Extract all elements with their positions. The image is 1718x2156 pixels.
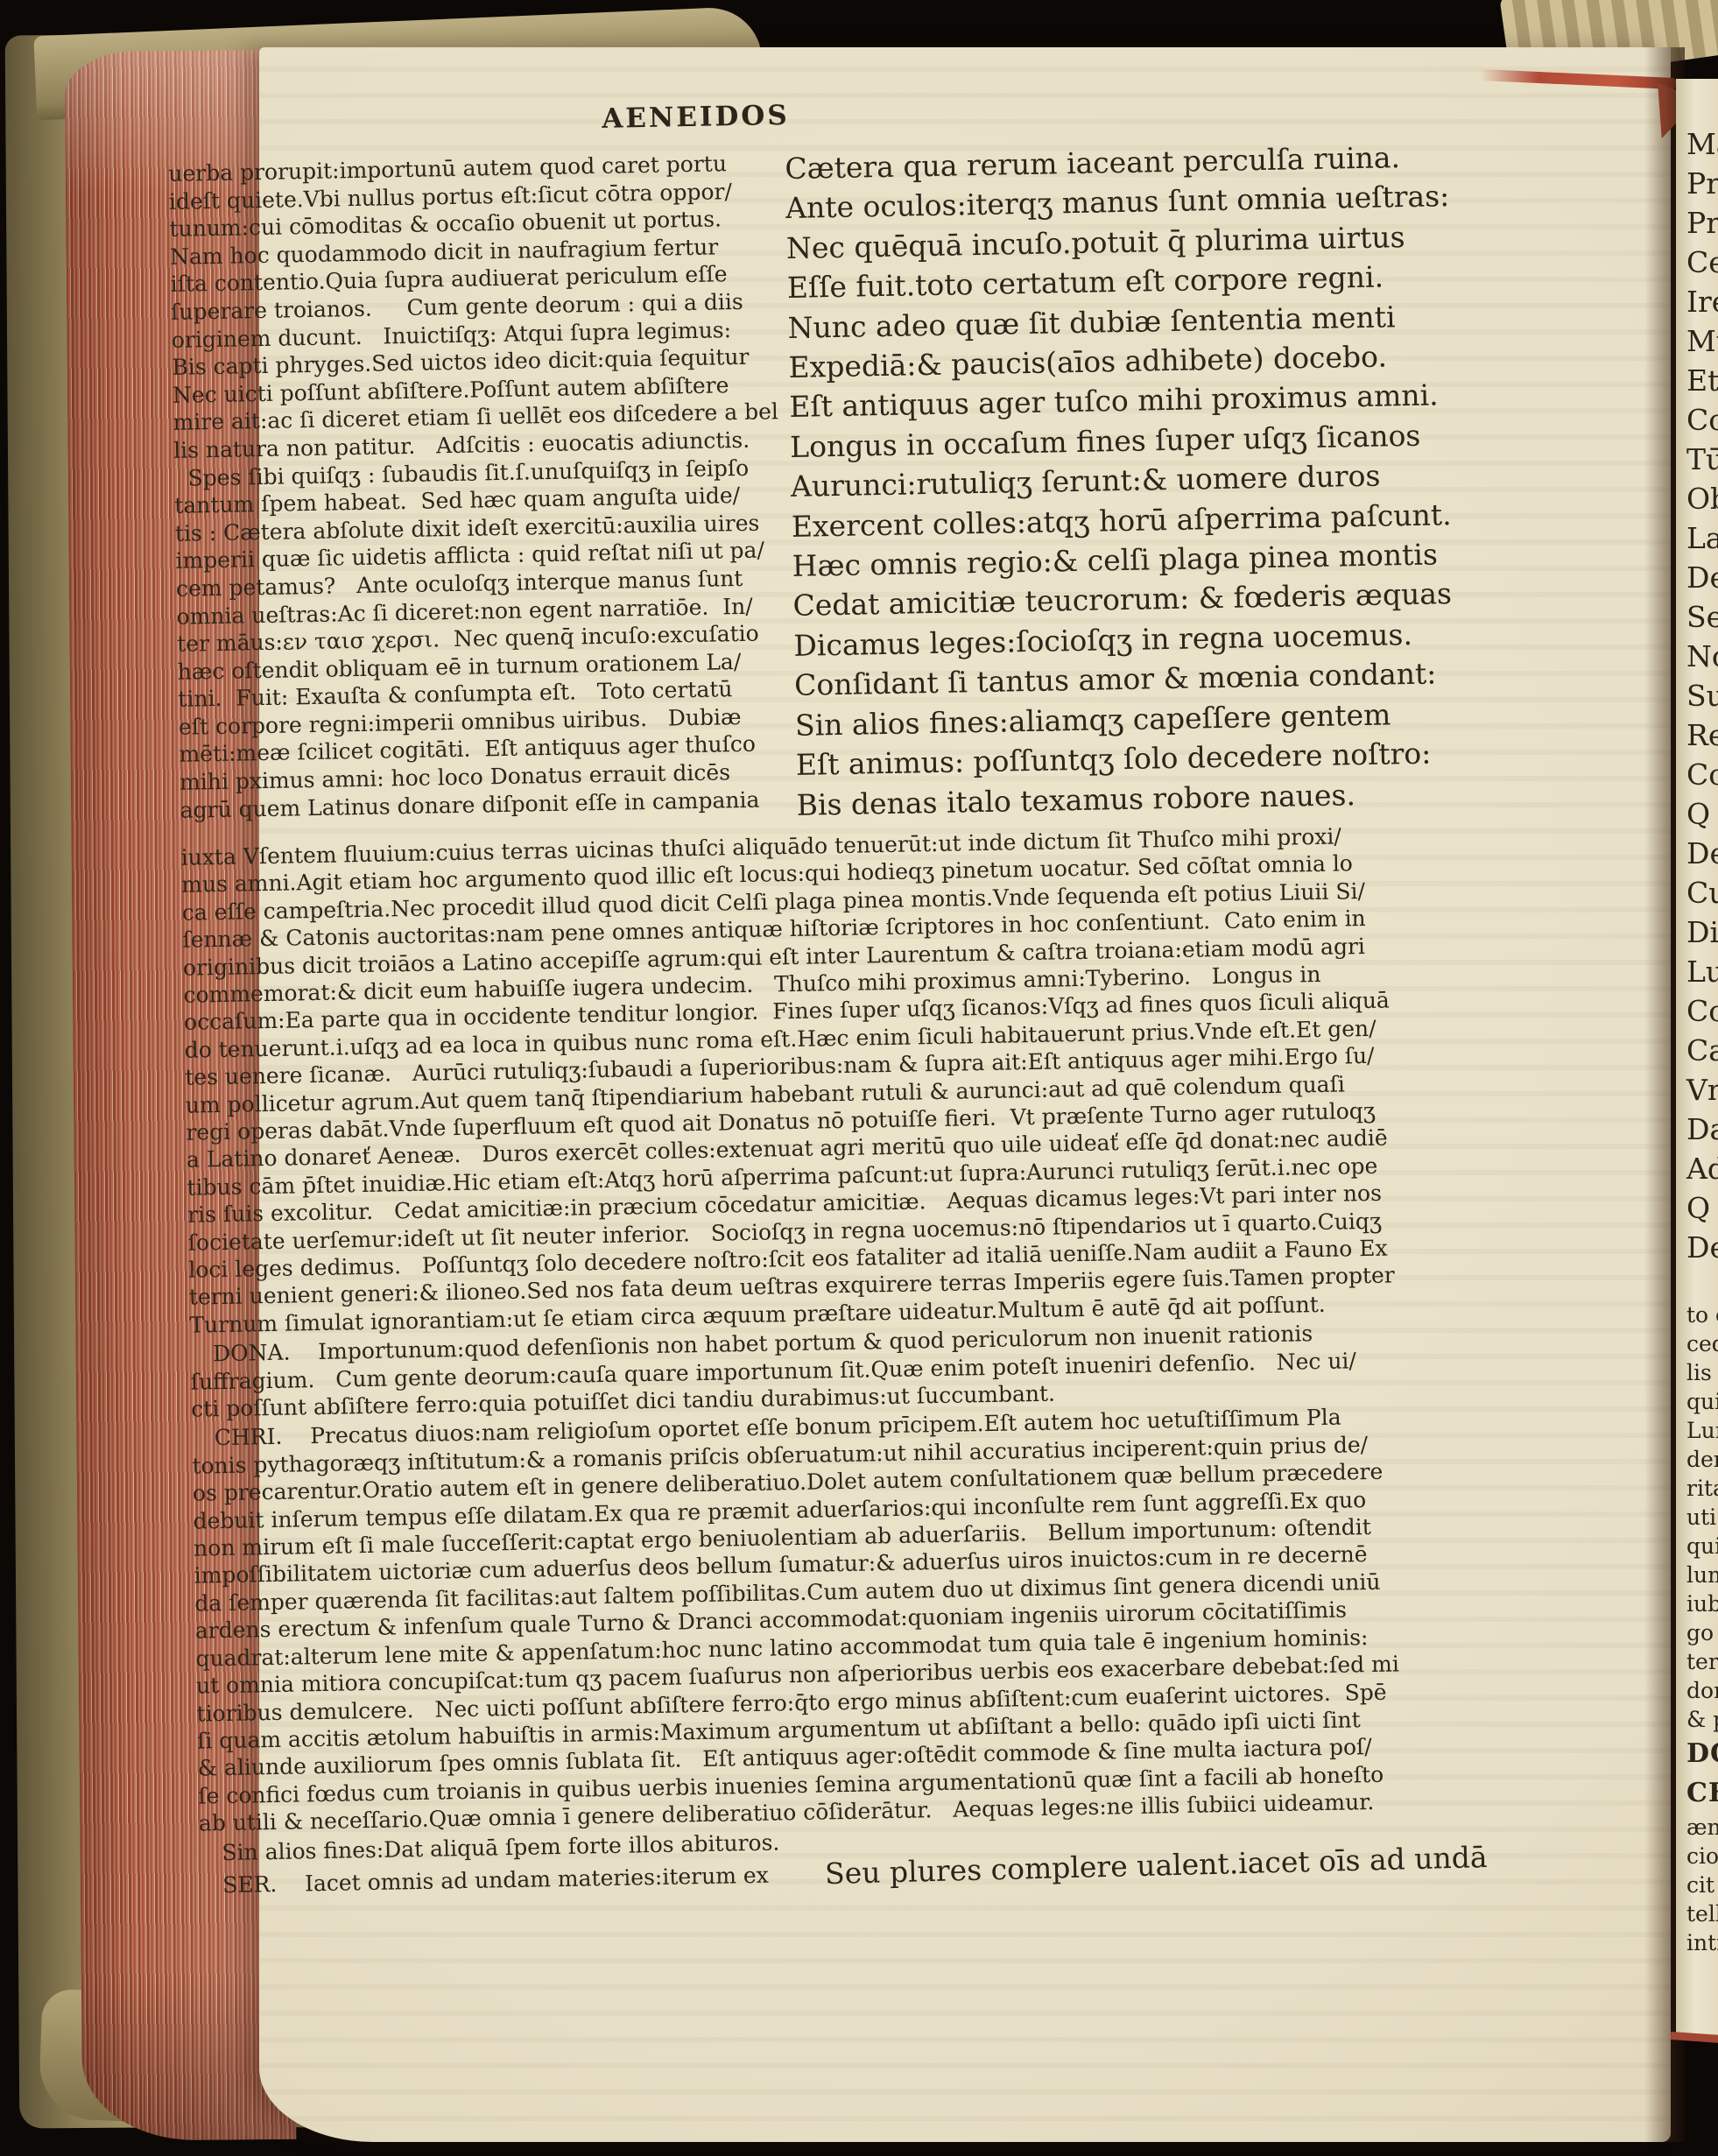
verse-fragment: Det [1686,834,1718,873]
verse-fragment: Dic [1686,912,1718,952]
commentary-fragment: ritat [1686,1474,1718,1503]
verse-fragment: Vn [1686,1070,1718,1110]
verse-fragment: Cer [1686,243,1718,282]
commentary-fragment: iube: [1686,1589,1718,1618]
verse-fragment: No [1686,637,1718,676]
commentary-fragment: dens [1686,1445,1718,1474]
verse-fragment: Et ſ [1686,361,1718,400]
facing-poem-fragments: MaPraPraCerIre pMuEt ſCorTūObLarDexSedNo… [1686,124,1718,1267]
facing-page-edge: MaPraPraCerIre pMuEt ſCorTūObLarDexSedNo… [1676,79,1718,2037]
commentary-fragment: ænei [1686,1813,1718,1842]
commentary-fragment: quio [1686,1532,1718,1561]
verse-fragment: Cor [1686,755,1718,794]
verse-fragment: Adi [1686,1149,1718,1188]
running-title: AENEIDOS [167,88,1402,143]
commentary-fragment: lis tu [1686,1358,1718,1387]
facing-commentary-fragments-2: æneiciorucit fatelligintra [1686,1813,1718,1957]
fullwidth-commentary: iuxta Vſentem fluuium:cuius terras uicin… [180,821,1424,1339]
verse-fragment: Cor [1686,400,1718,440]
verse-fragment: Rer [1686,715,1718,755]
commentary-fragment: quid [1686,1387,1718,1416]
christophorus-paragraph: CHRI. Precatus diuos:nam religioſum opor… [192,1402,1433,1837]
commentary-fragment: intra [1686,1928,1718,1957]
two-column-block: uerba prorupit:importunū autem quod care… [168,137,1415,836]
commentary-fragment: to eſ [1686,1300,1718,1329]
commentary-fragment: lum [1686,1561,1718,1589]
verse-fragment: Dar [1686,1110,1718,1149]
commentary-fragment: & pr [1686,1705,1718,1734]
verse-fragment: Cur [1686,873,1718,912]
verse-fragment: Sed [1686,597,1718,637]
verse-fragment: Lar [1686,518,1718,558]
verse-fragment: Cor [1686,991,1718,1031]
verse-fragment: Pra [1686,164,1718,203]
verse-fragment: Ma [1686,124,1718,164]
verse-fragment: Dex [1686,558,1718,597]
verse-fragment: Ire p [1686,282,1718,321]
facing-section-fragments: DOCH [1686,1734,1718,1813]
book-photo: AENEIDOS uerba prorupit:importunū autem … [0,0,1718,2156]
verse-fragment: Mu [1686,321,1718,361]
commentary-fragment: cit fa [1686,1871,1718,1899]
facing-page-text: MaPraPraCerIre pMuEt ſCorTūObLarDexSedNo… [1676,79,1718,1957]
page-content: AENEIDOS uerba prorupit:importunū autem … [166,43,1434,1899]
commentary-fragment: dore [1686,1676,1718,1705]
commentary-fragment: ceda [1686,1329,1718,1358]
commentary-fragment: uti o [1686,1503,1718,1532]
commentary-fragment: Lun [1686,1416,1718,1445]
verse-fragment: Pra [1686,203,1718,243]
verse-fragment: Sur [1686,676,1718,715]
verse-fragment: Tū [1686,440,1718,479]
section-label-fragment: CH [1686,1773,1718,1813]
verse-fragment: Caſ [1686,1031,1718,1070]
commentary-fragment: teran [1686,1647,1718,1676]
verse-fragment: Des [1686,1228,1718,1267]
commentary-fragment: cioru [1686,1842,1718,1871]
verse-fragment: Q u [1686,1188,1718,1228]
left-commentary-column: uerba prorupit:importunū autem quod care… [168,149,774,824]
commentary-fragment: tellig [1686,1899,1718,1928]
section-label-fragment: DO [1686,1734,1718,1773]
verse-fragment: Lun [1686,952,1718,991]
facing-commentary-fragments: to eſcedalis tuquidLundensritatuti oquio… [1686,1300,1718,1734]
verse-fragment: Ob [1686,479,1718,518]
verse-fragment: Q u [1686,794,1718,834]
poem-column: Cætera qua rerum iaceant perculſa ruina.… [785,137,1461,825]
commentary-fragment: go T [1686,1618,1718,1647]
